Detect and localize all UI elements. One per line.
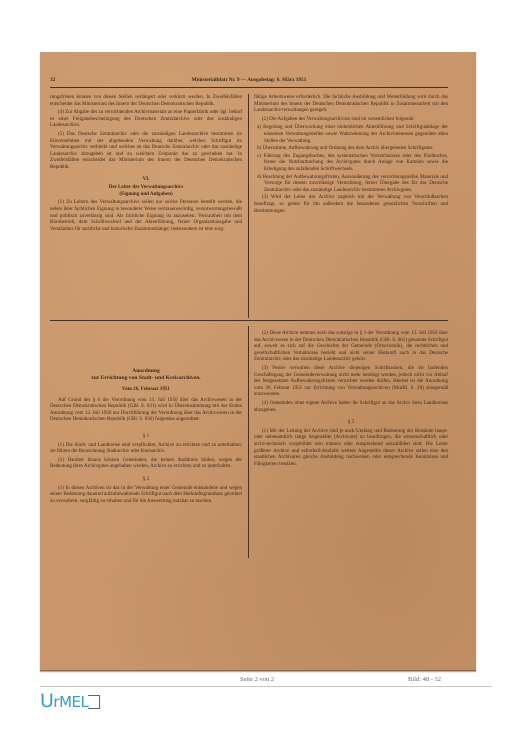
list-item: d) Beachtung der Aufbewahrungsfristen, A… (254, 174, 448, 194)
section-heading: § 2 (50, 476, 242, 483)
paragraph: (1) In diesen Archiven ist das in der Ve… (50, 485, 242, 505)
paragraph: (2) Darüber hinaus können Gemeinden, die… (50, 457, 242, 470)
section-subtitle: (Eignung und Aufgaben) (50, 191, 242, 198)
ordinance-title: Anordnung (50, 368, 242, 375)
publication-title: Ministerialblatt Nr. 9 — Ausgabetag: 6. … (50, 77, 448, 83)
paragraph: (3) Ferner verwalten diese Archive dieje… (254, 365, 448, 398)
paragraph: rungsfristen können von diesen Stellen v… (50, 94, 242, 107)
page-header: 32 Ministerialblatt Nr. 9 — Ausgabetag: … (50, 77, 448, 88)
top-left-column: rungsfristen können von diesen Stellen v… (50, 94, 242, 234)
section-title: Der Leiter des Verwaltungsarchivs (50, 184, 242, 191)
paragraph: fältige Arbeitsweise erforderlich. Die f… (254, 94, 448, 114)
top-right-column: fältige Arbeitsweise erforderlich. Die f… (254, 94, 448, 216)
ordinance-date: Vom 26. Februar 1951 (50, 386, 242, 393)
page-indicator: Seite 2 von 2 (240, 676, 274, 683)
list-item: a) Regelung und Überwachung einer einhei… (254, 124, 448, 144)
paragraph: (4) Zur Abgabe des zu vernichtenden Arch… (50, 109, 242, 129)
urmel-logo[interactable]: UrMEL (40, 690, 100, 712)
image-indicator: Bild: 48 - 32 (408, 676, 441, 683)
scanned-document-page: 32 Ministerialblatt Nr. 9 — Ausgabetag: … (40, 52, 476, 671)
paragraph: (4) Gemeinden ohne eigene Archive haben … (254, 400, 448, 413)
paragraph: (2) Die Aufgaben des Verwaltungsarchivar… (254, 116, 448, 123)
paragraph: Auf Grund des § 6 der Verordnung vom 13.… (50, 397, 242, 423)
column-divider (248, 326, 249, 558)
paragraph: (5) Das Deutsche Zentralarchiv oder die … (50, 131, 242, 171)
ordinance-subtitle: zur Errichtung von Stadt- und Kreisarchi… (50, 375, 242, 382)
section-divider (50, 320, 448, 321)
logo-bracket-icon (88, 695, 100, 709)
paragraph: (1) Die Stadt- und Landkreise sind verpf… (50, 442, 242, 455)
paragraph: (2) Diese Archive nehmen auch das sonsti… (254, 330, 448, 363)
section-heading: § 1 (50, 433, 242, 440)
bottom-left-column: Anordnung zur Errichtung von Stadt- und … (50, 368, 242, 506)
list-item: b) Übernahme, Aufbewahrung und Ordnung d… (254, 145, 448, 152)
column-divider (248, 94, 249, 318)
list-item: c) Führung des Zugangsbuches, des system… (254, 153, 448, 173)
bottom-right-column: (2) Diese Archive nehmen auch das sonsti… (254, 330, 448, 469)
paragraph: (3) Wird der Leiter des Archivs zugleich… (254, 194, 448, 214)
footer-divider (40, 686, 492, 687)
section-numeral: VI. (50, 176, 242, 183)
section-heading: § 3 (254, 419, 448, 426)
paragraph: (1) Zu Leitern des Verwaltungsarchivs so… (50, 199, 242, 232)
logo-text: UrMEL (40, 691, 88, 712)
paragraph: (1) Mit der Leitung der Archive sind je … (254, 428, 448, 468)
